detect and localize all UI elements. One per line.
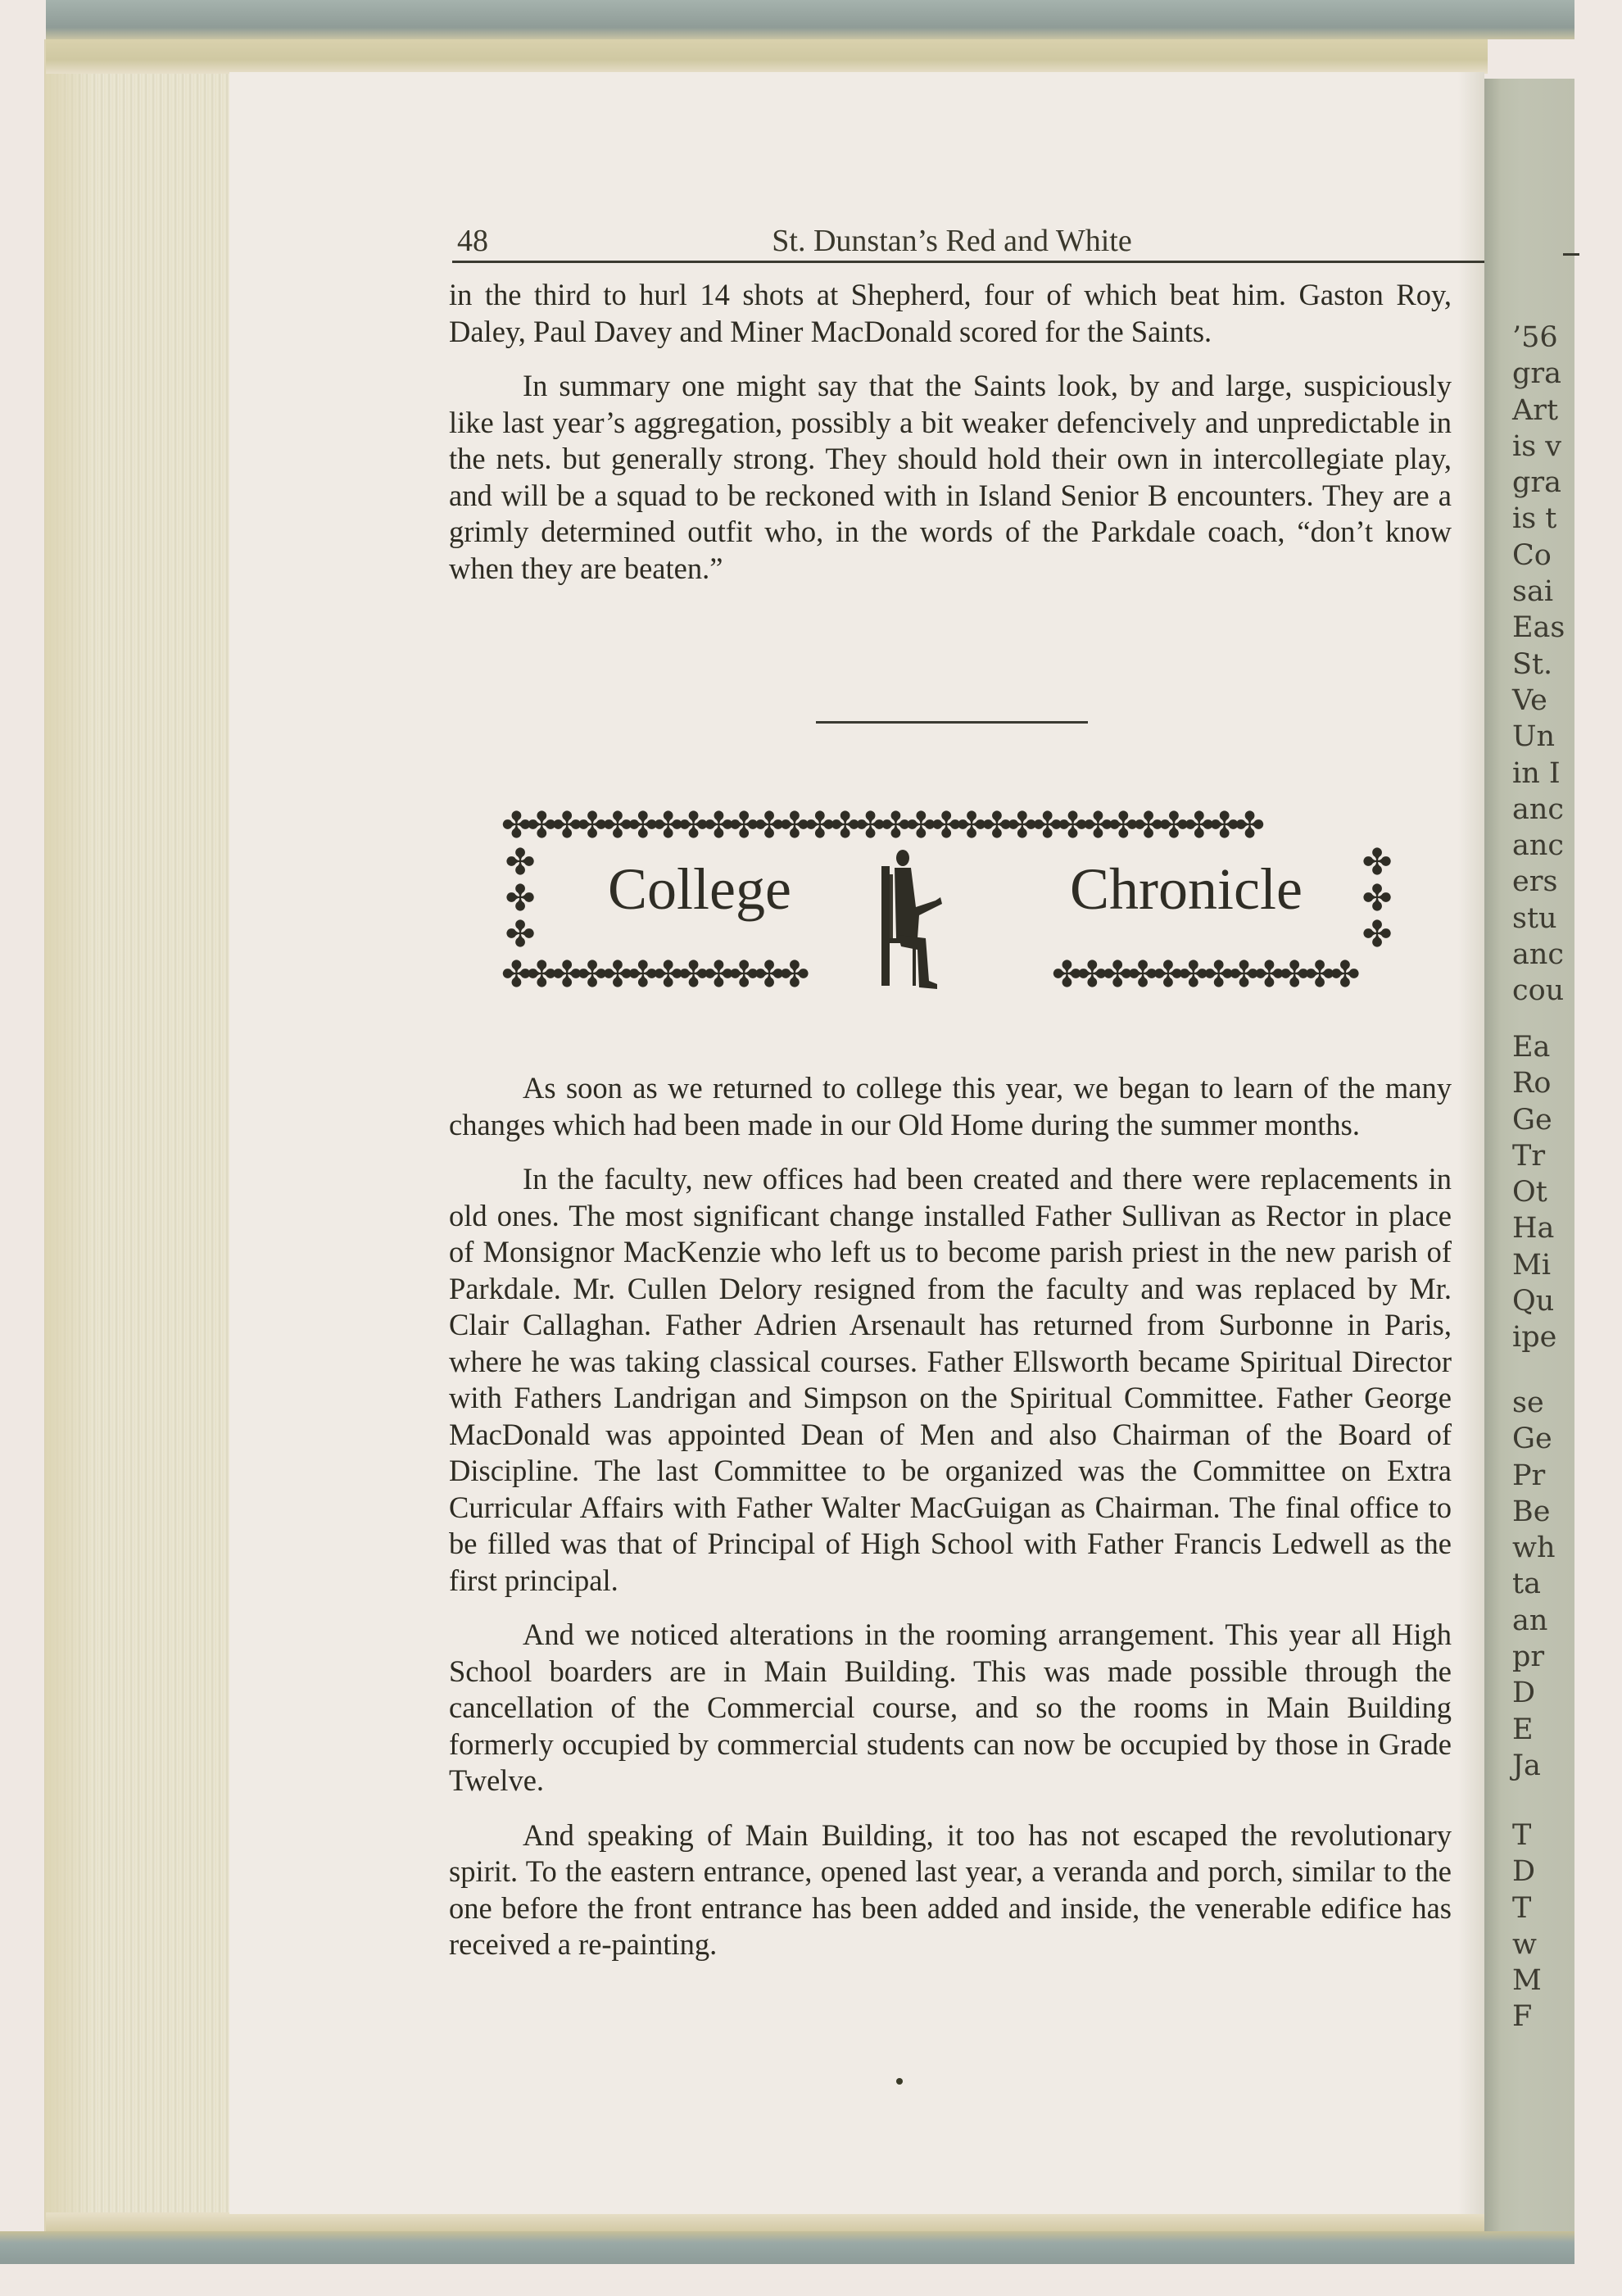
clover-border-top: ✤✤✤✤✤✤✤✤✤✤✤✤✤✤✤✤✤✤✤✤✤✤✤✤✤✤✤✤✤✤ <box>501 807 1396 845</box>
paragraph: And we noticed alterations in the roomin… <box>449 1617 1452 1799</box>
clover-border-bottom-left: ✤✤✤✤✤✤✤✤✤✤✤✤ <box>501 956 845 994</box>
facing-page-fragment-block1: ’56graArtis vgrais tCosaiEasSt.VeUnin Ia… <box>1512 320 1565 1010</box>
book-cover-bottom-edge <box>0 2231 1622 2264</box>
clover-border-right: ✤✤✤ <box>1358 845 1396 953</box>
book-cover-top-edge <box>46 0 1622 39</box>
paragraph: In the faculty, new offices had been cre… <box>449 1161 1452 1599</box>
facing-page-fragment-block3: seGePrBewhtaanprDEJa <box>1512 1385 1556 1784</box>
gutter-shadow <box>1458 72 1484 2214</box>
chronicle-body: As soon as we returned to college this y… <box>449 1070 1452 1963</box>
journal-title: St. Dunstan’s Red and White <box>452 223 1484 259</box>
paragraph: In summary one might say that the Saints… <box>449 368 1452 587</box>
page-mark-dot <box>896 2078 903 2085</box>
header-rule <box>452 261 1484 263</box>
page-top-edge <box>46 39 1488 74</box>
paragraph: And speaking of Main Building, it too ha… <box>449 1817 1452 1963</box>
running-header: 48 St. Dunstan’s Red and White <box>452 223 1484 259</box>
page-stack-left <box>44 39 233 2231</box>
facing-page-shadow <box>1484 79 1501 2231</box>
seated-man-icon <box>878 850 960 989</box>
banner-word-college: College <box>608 856 791 922</box>
facing-page-fragment-block2: EaRoGeTrOtHaMiQuipe <box>1512 1029 1556 1356</box>
facing-page-fragment-block4: TDTwMF <box>1512 1817 1542 2035</box>
clover-border-bottom-right: ✤✤✤✤✤✤✤✤✤✤✤✤ <box>1052 956 1396 994</box>
college-chronicle-banner: ✤✤✤✤✤✤✤✤✤✤✤✤✤✤✤✤✤✤✤✤✤✤✤✤✤✤✤✤✤✤ ✤✤✤ ✤✤✤ ✤… <box>501 807 1396 994</box>
paragraph: in the third to hurl 14 shots at Shepher… <box>449 277 1452 350</box>
background-right <box>1574 0 1622 2296</box>
article-continued: in the third to hurl 14 shots at Shepher… <box>449 277 1452 587</box>
facing-page-header-rule <box>1563 253 1579 256</box>
paragraph: As soon as we returned to college this y… <box>449 1070 1452 1143</box>
clover-border-left: ✤✤✤ <box>501 845 539 953</box>
section-divider <box>816 721 1088 724</box>
banner-word-chronicle: Chronicle <box>1070 856 1303 922</box>
